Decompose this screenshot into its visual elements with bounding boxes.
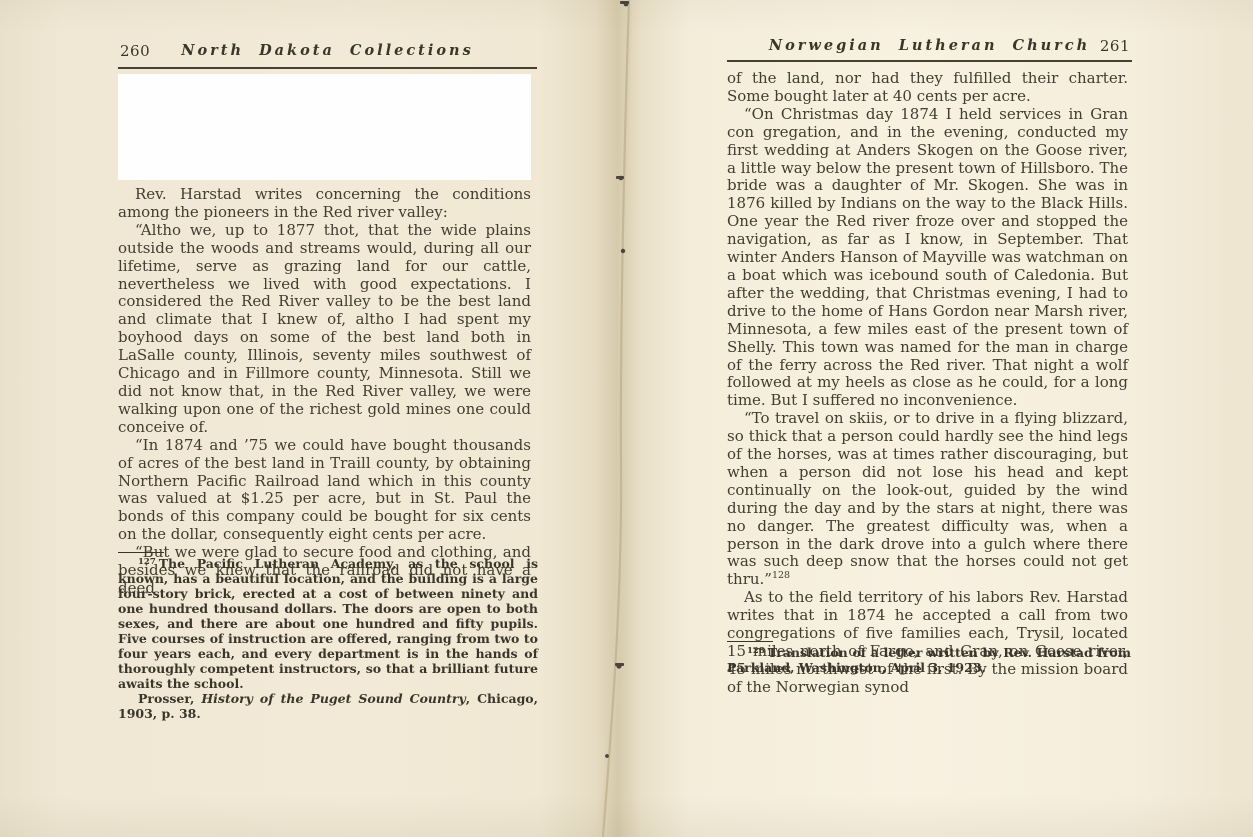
right-page-header: 261 Norwegian Lutheran Church (727, 33, 1132, 62)
footnote-citation: Prosser, History of the Puget Sound Coun… (118, 691, 538, 721)
citation-title: History of the Puget Sound Country (201, 691, 465, 706)
left-page-header: 260 North Dakota Collections (118, 38, 537, 69)
binding-stitch-marks (605, 1, 629, 758)
left-running-title: North Dakota Collections (118, 38, 537, 59)
paragraph: Rev. Harstad writes concerning the condi… (118, 186, 531, 222)
footnote-separator (118, 552, 164, 553)
paragraph: “In 1874 and ’75 we could have bought th… (118, 437, 531, 544)
left-page-body: Rev. Harstad writes concerning the condi… (118, 186, 531, 598)
right-page-number: 261 (1100, 37, 1130, 55)
footnote-marker: 128 (747, 646, 765, 656)
footnote-marker: 127 (138, 557, 156, 567)
footnote-reference: 128 (772, 570, 790, 581)
left-page-footnote: 127The Pacific Lutheran Academy, as the … (118, 552, 538, 721)
blank-image-area (118, 74, 531, 180)
right-running-title: Norwegian Lutheran Church (727, 33, 1132, 54)
footnote-text: 127The Pacific Lutheran Academy, as the … (118, 555, 538, 691)
left-page-number: 260 (120, 42, 150, 60)
book-spread: 260 North Dakota Collections Rev. Harsta… (0, 0, 1253, 837)
right-page-footnote: 128Translation of a letter written by Re… (727, 641, 1131, 675)
footnote-text: 128Translation of a letter written by Re… (727, 644, 1131, 675)
paragraph: of the land, nor had they fulfilled thei… (727, 70, 1128, 106)
paragraph: “To travel on skiis, or to drive in a fl… (727, 410, 1128, 589)
right-page-body: of the land, nor had they fulfilled thei… (727, 70, 1128, 697)
paragraph: “On Christmas day 1874 I held services i… (727, 106, 1128, 410)
footnote-separator (727, 641, 773, 642)
paragraph: “Altho we, up to 1877 thot, that the wid… (118, 222, 531, 437)
